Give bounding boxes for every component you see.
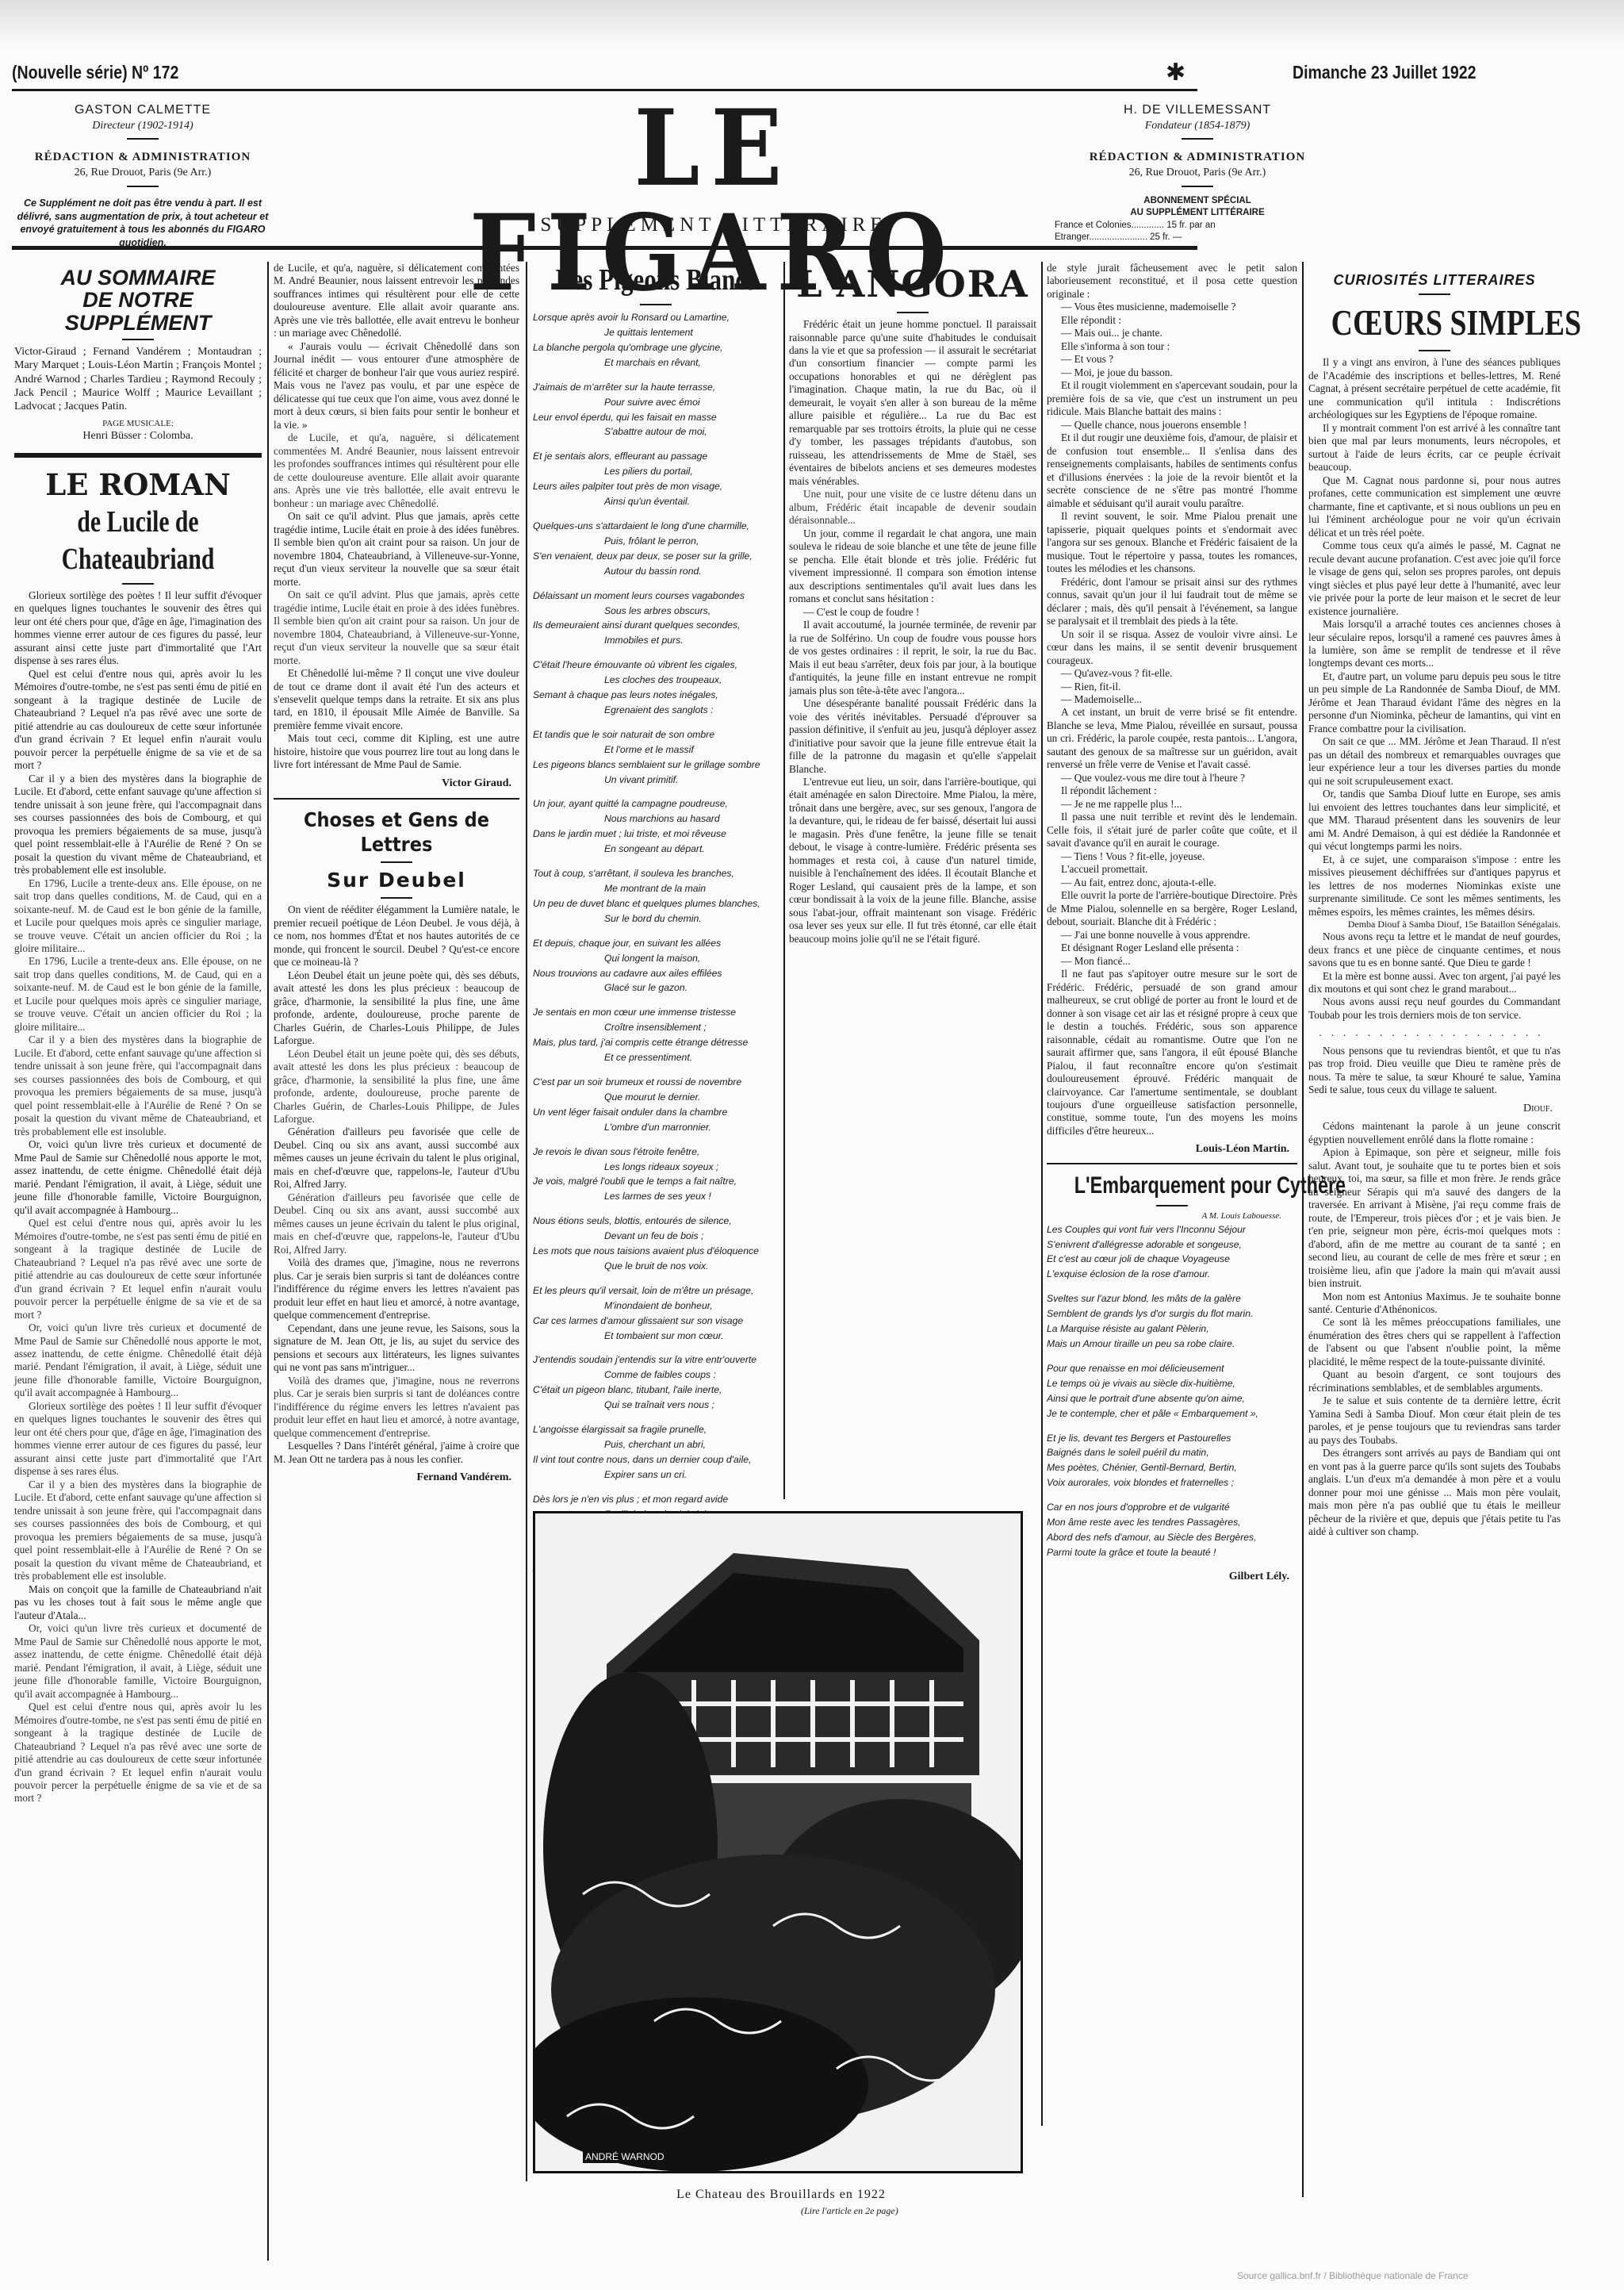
roman-paragraph: Mais on conçoit que la famille de Chatea… [14, 1583, 262, 1622]
header-left-box: GASTON CALMETTE Directeur (1902-1914) RÉ… [12, 102, 274, 250]
poem-line: Les piliers du portail, [533, 464, 779, 479]
header-right-box: H. DE VILLEMESSANT Fondateur (1854-1879)… [1055, 102, 1340, 244]
choses-paragraph: Voilà des drames que, j'imagine, nous ne… [274, 1375, 519, 1440]
poem-stanza: Tout à coup, s'arrêtant, il souleva les … [533, 866, 779, 926]
dialogue-line: Elle répondit : [1047, 314, 1297, 327]
poem-line: Ainsi que le portrait d'une absente qu'o… [1047, 1391, 1297, 1406]
poem-line: Un vivant primitif. [533, 773, 779, 788]
angora-paragraph: Il passa une nuit terrible et revint dès… [1047, 811, 1297, 850]
ornament-rule [381, 897, 412, 899]
poem-line: Ils demeuraient ainsi durant quelques se… [533, 618, 779, 633]
dialogue-line: — Mais oui... je chante. [1047, 327, 1297, 339]
column-divider [1041, 262, 1043, 2126]
top-rule [12, 89, 1197, 91]
column-3-pigeons: Les Pigeons Blancs Lorsque après avoir l… [533, 262, 779, 1649]
choses-paragraph: Léon Deubel était un jeune poète qui, dè… [274, 969, 519, 1048]
sommaire-authors: Victor-Giraud ; Fernand Vandérem ; Monta… [14, 345, 262, 414]
poem-line: Expirer sans un cri. [533, 1467, 779, 1483]
poem-line: C'est par un soir brumeux et roussi de n… [533, 1075, 779, 1090]
angora-paragraph: Un soir il se risqua. Assez de vouloir v… [1047, 628, 1297, 667]
poem-stanza: C'était l'heure émouvante où vibrent les… [533, 658, 779, 718]
roman-title-1: LE ROMAN [14, 467, 262, 504]
roman-paragraph: Or, voici qu'un livre très curieux et do… [14, 1622, 262, 1701]
poem-line: Un vent léger faisait onduler dans la ch… [533, 1105, 779, 1120]
dialogue-line: — Vous êtes musicienne, mademoiselle ? [1047, 301, 1297, 313]
poem-line: Je quittais lentement [533, 325, 779, 340]
poem-stanza: Sveltes sur l'azur blond, les mâts de la… [1047, 1291, 1297, 1352]
roman-paragraph: Quel est celui d'entre nous qui, après a… [14, 1701, 262, 1805]
poem-line: Nous étions seuls, blottis, entourés de … [533, 1214, 779, 1229]
angora-title: L'ANGORA [789, 262, 1036, 307]
roman-paragraph: Glorieux sortilège des poètes ! Il leur … [14, 1400, 262, 1479]
poem-line: La Marquise résiste au galant Pèlerin, [1047, 1321, 1297, 1337]
poem-line: L'angoisse élargissait sa fragile prunel… [533, 1422, 779, 1437]
ornament-rule [897, 312, 929, 313]
page-musicale: Henri Büsser : Colomba. [14, 429, 262, 443]
poem-line: Je revois le divan sous l'étroite fenêtr… [533, 1145, 779, 1160]
roman-paragraph: Car il y a bien des mystères dans la bio… [14, 1034, 262, 1138]
dialogue-line: — J'ai une bonne nouvelle à vous apprend… [1047, 929, 1297, 942]
director-name: GASTON CALMETTE [12, 102, 274, 119]
roman-continued: Et Chênedollé lui-même ? Il conçut une v… [274, 667, 519, 732]
angora-paragraph: Un jour, comme il regardait le chat ango… [789, 527, 1036, 606]
poem-line: Le temps où je vivais au siècle dix-huit… [1047, 1376, 1297, 1391]
poem-line: Et marchais en rêvant, [533, 355, 779, 370]
founder-name: H. DE VILLEMESSANT [1055, 102, 1340, 119]
angora-paragraph: Il avait accoutumé, la journée terminée,… [789, 619, 1036, 697]
redaction-label: RÉDACTION & ADMINISTRATION [12, 149, 274, 165]
angora-paragraph: A cet instant, un bruit de verre brisé s… [1047, 706, 1297, 771]
angora-paragraph: Et il dut rougir une deuxième fois, d'am… [1047, 432, 1297, 510]
dialogue-line: Il répondit lâchement : [1047, 784, 1297, 797]
poem-stanza: Car en nos jours d'opprobre et de vulgar… [1047, 1500, 1297, 1560]
angora-paragraph: Et il rougit violemment en s'apercevant … [1047, 379, 1297, 418]
coeurs-paragraph: Je te salue et suis contente de ta derni… [1308, 1394, 1561, 1447]
column-5-angora-continued: de style jurait fâcheusement avec le pet… [1047, 262, 1297, 1588]
poem-line: Lorsque après avoir lu Ronsard ou Lamart… [533, 310, 779, 325]
angora-paragraph: Elle ouvrit la porte de l'arrière-boutiq… [1047, 889, 1297, 928]
poem-line: Un peu de duvet blanc et quelques plumes… [533, 896, 779, 911]
column-2: de Lucile, et qu'a, naguère, si délicate… [274, 262, 519, 1489]
poem-line: Croître insensiblement ; [533, 1020, 779, 1035]
poem-line: S'abattre autour de moi, [533, 424, 779, 439]
poem-line: M'inondaient de bonheur, [533, 1298, 779, 1314]
sommaire-title-1: AU SOMMAIRE [14, 267, 262, 289]
poem-line: Glacé sur le gazon. [533, 980, 779, 995]
poem-line: Sous les arbres obscurs, [533, 604, 779, 619]
poem-line: Car en nos jours d'opprobre et de vulgar… [1047, 1500, 1297, 1515]
column-divider [526, 262, 527, 2181]
poem-stanza: Les Couples qui vont fuir vers l'Inconnu… [1047, 1222, 1297, 1283]
ornament-rule [640, 304, 672, 305]
poem-line: Et tombaient sur mon cœur. [533, 1329, 779, 1344]
ornament-rule [122, 583, 154, 585]
poem-line: Ainsi qu'un éventail. [533, 494, 779, 509]
poem-stanza: Lorsque après avoir lu Ronsard ou Lamart… [533, 310, 779, 370]
choses-subtitle: Sur Deubel [274, 868, 519, 892]
embarquement-dedication: A M. Louis Labouesse. [1047, 1211, 1281, 1222]
abonnement-subtitle: AU SUPPLÉMENT LITTÉRAIRE [1055, 207, 1340, 220]
choses-paragraph: Génération d'ailleurs peu favorisée que … [274, 1126, 519, 1191]
angora-paragraph: Frédéric était un jeune homme ponctuel. … [789, 318, 1036, 488]
poem-line: J'aimais de m'arrêter sur la haute terra… [533, 380, 779, 395]
poem-line: Pour que renaisse en moi délicieusement [1047, 1361, 1297, 1376]
ornament-rule [1419, 293, 1450, 295]
coeurs-paragraph: Cédons maintenant la parole à un jeune c… [1308, 1120, 1561, 1146]
poem-line: Parmi toute la grâce et toute la beauté … [1047, 1545, 1297, 1560]
coeurs-paragraph: Ce sont là les mêmes préoccupations fami… [1308, 1316, 1561, 1368]
poem-line: Il vint tout contre nous, dans un dernie… [533, 1452, 779, 1467]
letter-header: Demba Diouf à Samba Diouf, 15e Bataillon… [1308, 919, 1561, 930]
ornament-rule [1156, 1205, 1188, 1206]
letter-signature: Diouf. [1308, 1102, 1553, 1115]
poem-line: Nous marchions au hasard [533, 811, 779, 827]
poem-line: Abord des nefs d'amour, au Siècle des Be… [1047, 1530, 1297, 1545]
dialogue-line: — Au fait, entrez donc, ajouta-t-elle. [1047, 876, 1297, 889]
founder-role: Fondateur (1854-1879) [1055, 119, 1340, 134]
poem-line: Car ces larmes d'amour glissaient sur so… [533, 1314, 779, 1329]
coeurs-paragraph: Il y a vingt ans environ, à l'une des sé… [1308, 356, 1561, 421]
poem-line: Et je sentais alors, effleurant au passa… [533, 449, 779, 464]
pigeons-title: Les Pigeons Blancs [555, 262, 756, 299]
coeurs-paragraph: Comme tous ceux qu'a aimés le passé, M. … [1308, 539, 1561, 618]
choses-title: Choses et Gens de Lettres [286, 807, 507, 857]
roman-paragraph: Car il y a bien des mystères dans la bio… [14, 1479, 262, 1583]
poem-line: L'exquise éclosion de la rose d'amour. [1047, 1267, 1297, 1282]
poem-line: Baignés dans le soleil puéril du matin, [1047, 1445, 1297, 1460]
poem-line: Et c'est au cœur joli de chaque Voyageus… [1047, 1252, 1297, 1267]
dialogue-line: Elle s'informa à son tour : [1047, 340, 1297, 353]
poem-stanza: Et tandis que le soir naturait de son om… [533, 727, 779, 788]
poem-stanza: Quelques-uns s'attardaient le long d'une… [533, 519, 779, 579]
poem-line: Je sentais en mon cœur une immense trist… [533, 1005, 779, 1020]
poem-stanza: Pour que renaisse en moi délicieusementL… [1047, 1361, 1297, 1421]
poem-line: Mon âme reste avec les tendres Passagère… [1047, 1515, 1297, 1530]
star-ornament-icon: ✱ [1166, 59, 1185, 86]
poem-line: Et l'orme et le massif [533, 742, 779, 758]
choses-paragraph: Cependant, dans une jeune revue, les Sai… [274, 1322, 519, 1375]
letter-paragraph: Nous avons aussi reçu neuf gourdes du Co… [1308, 995, 1561, 1022]
roman-continued: de Lucile, et qu'a, naguère, si délicate… [274, 432, 519, 510]
roman-paragraph: Or, voici qu'un livre très curieux et do… [14, 1138, 262, 1217]
poem-line: Mais, plus tard, j'ai compris cette étra… [533, 1035, 779, 1050]
angora-paragraph: Et désignant Roger Lesland elle présenta… [1047, 942, 1297, 954]
choses-paragraph: On vient de rééditer élégamment la Lumiè… [274, 903, 519, 969]
poem-line: Quelques-uns s'attardaient le long d'une… [533, 519, 779, 534]
angora-paragraph: Il revint souvent, le soir. Mme Pialou p… [1047, 510, 1297, 575]
illustration-caption: Le Chateau des Brouillards en 1922 [523, 2188, 1039, 2202]
coeurs-paragraph: Des étrangers sont arrivés au pays de Ba… [1308, 1447, 1561, 1538]
embarquement-poem: Les Couples qui vont fuir vers l'Inconnu… [1047, 1222, 1297, 1560]
choses-paragraph: Lesquelles ? Dans l'intérêt général, j'a… [274, 1440, 519, 1466]
poem-line: Délaissant un moment leurs courses vagab… [533, 589, 779, 604]
poem-line: S'en venaient, deux par deux, se poser s… [533, 549, 779, 564]
roman-continued: « J'aurais voulu — écrivait Chênedollé d… [274, 340, 519, 432]
column-6-coeurs-simples: CURIOSITÉS LITTERAIRES CŒURS SIMPLES Il … [1308, 262, 1561, 1539]
column-divider [783, 262, 785, 1499]
angora-paragraph: — C'est le coup de foudre ! [789, 606, 1036, 619]
poem-line: Pour suivre avec émoi [533, 395, 779, 410]
ornament-rule [127, 138, 159, 140]
coeurs-paragraph: Que M. Cagnat nous pardonne si, pour nou… [1308, 474, 1561, 539]
roman-signature: Victor Giraud. [274, 777, 511, 790]
coeurs-paragraph: On sait ce que ... MM. Jérôme et Jean Th… [1308, 735, 1561, 788]
address: 26, Rue Drouot, Paris (9e Arr.) [12, 166, 274, 181]
poem-line: Les Couples qui vont fuir vers l'Inconnu… [1047, 1222, 1297, 1237]
poem-line: Autour du bassin rond. [533, 564, 779, 579]
ornament-rule [1182, 138, 1213, 140]
scan-top-margin [0, 0, 1624, 48]
poem-line: Dès lors je n'en vis plus ; et mon regar… [533, 1492, 779, 1507]
poem-line: Devant un feu de bois ; [533, 1229, 779, 1244]
roman-paragraph: En 1796, Lucile a trente-deux ans. Elle … [14, 955, 262, 1034]
section-rule [274, 798, 519, 800]
rate-etranger: Etranger....................... 25 fr. — [1055, 232, 1340, 244]
ornament-rule [127, 186, 159, 187]
letter-paragraph: Mon nom est Antonius Maximus. Je te souh… [1308, 1291, 1561, 1317]
roman-paragraph: En 1796, Lucile a trente-deux ans. Elle … [14, 877, 262, 956]
poem-line: J'entendis soudain j'entendis sur la vit… [533, 1352, 779, 1367]
poem-stanza: Délaissant un moment leurs courses vagab… [533, 589, 779, 649]
poem-stanza: J'entendis soudain j'entendis sur la vit… [533, 1352, 779, 1413]
roman-paragraph: Or, voici qu'un livre très curieux et do… [14, 1321, 262, 1400]
poem-line: Qui se traînait vers nous ; [533, 1398, 779, 1413]
poem-line: Puis, frôlant le perron, [533, 534, 779, 549]
poem-line: Leurs ailes palpiter tout près de mon vi… [533, 479, 779, 494]
issue-number: (Nouvelle série) Nº 172 [12, 62, 178, 83]
roman-paragraph: Quel est celui d'entre nous qui, après a… [14, 668, 262, 773]
poem-line: Et les pleurs qu'il versait, loin de m'ê… [533, 1283, 779, 1298]
letter-paragraph: Nous pensons que tu reviendras bientôt, … [1308, 1045, 1561, 1097]
poem-line: Et tandis que le soir naturait de son om… [533, 727, 779, 742]
dialogue-line: — Rien, fit-il. [1047, 681, 1297, 693]
roman-continued: Mais tout ceci, comme dit Kipling, est u… [274, 732, 519, 771]
poem-line: Immobiles et purs. [533, 633, 779, 648]
poem-line: Dans le jardin muet ; lui triste, et moi… [533, 827, 779, 842]
ornament-rule [1182, 186, 1213, 187]
poem-line: Et ce pressentiment. [533, 1050, 779, 1065]
header-bottom-rule [12, 246, 1197, 250]
section-rule [14, 453, 262, 458]
angora-paragraph: L'accueil promettait. [1047, 863, 1297, 876]
illustration-caption-note: (Lire l'article en 2e page) [801, 2205, 898, 2217]
coeurs-paragraph: Il y montrait comment l'on est arrivé à … [1308, 422, 1561, 474]
poem-line: Comme de faibles coups : [533, 1367, 779, 1383]
section-rule [1047, 1163, 1297, 1164]
poem-line: Les longs rideaux soyeux ; [533, 1160, 779, 1175]
address: 26, Rue Drouot, Paris (9e Arr.) [1055, 166, 1340, 181]
coeurs-title: CŒURS SIMPLES [1331, 300, 1538, 345]
rate-france: France et Colonies............. 15 fr. p… [1055, 220, 1340, 232]
director-role: Directeur (1902-1914) [12, 119, 274, 134]
coeurs-paragraph: Et, à ce sujet, une comparaison s'impose… [1308, 853, 1561, 919]
source-credit: Source gallica.bnf.fr / Bibliothèque nat… [1237, 2270, 1469, 2281]
dialogue-line: — Mon fiancé... [1047, 955, 1297, 968]
poem-line: Puis, cherchant un abri, [533, 1437, 779, 1452]
poem-line: Les cloches des troupeaux, [533, 673, 779, 688]
poem-stanza: Et je lis, devant tes Bergers et Pastour… [1047, 1431, 1297, 1491]
dialogue-line: — Qu'avez-vous ? fit-elle. [1047, 667, 1297, 680]
pigeons-poem: Lorsque après avoir lu Ronsard ou Lamart… [533, 310, 779, 1621]
poem-line: Que mourut le dernier. [533, 1090, 779, 1105]
angora-paragraph: Il ne faut pas s'apitoyer outre mesure s… [1047, 968, 1297, 1137]
redaction-label: RÉDACTION & ADMINISTRATION [1055, 149, 1340, 165]
poem-line: Je vois, malgré l'oubli que le temps a f… [533, 1174, 779, 1189]
column-divider [267, 262, 269, 2261]
roman-title-2: de Lucile de Chateaubriand [41, 504, 234, 578]
poem-stanza: Nous étions seuls, blottis, entourés de … [533, 1214, 779, 1274]
poem-line: Sveltes sur l'azur blond, les mâts de la… [1047, 1291, 1297, 1306]
letter-paragraph: Nous avons reçu ta lettre et le mandat d… [1308, 930, 1561, 969]
choses-paragraph: Voilà des drames que, j'imagine, nous ne… [274, 1256, 519, 1321]
poem-line: Les larmes de ses yeux ! [533, 1189, 779, 1204]
roman-continued: On sait ce qu'il advint. Plus que jamais… [274, 589, 519, 667]
poem-line: Voix aurorales, voix blondes et fraterne… [1047, 1475, 1297, 1490]
angora-paragraph: de style jurait fâcheusement avec le pet… [1047, 262, 1297, 301]
angora-signature: Louis-Léon Martin. [1047, 1142, 1289, 1156]
choses-signature: Fernand Vandérem. [274, 1471, 511, 1484]
roman-paragraph: Car il y a bien des mystères dans la bio… [14, 773, 262, 877]
letter-paragraph: Et la mère est bonne aussi. Avec ton arg… [1308, 970, 1561, 996]
angora-paragraph: Une désespérante banalité poussait Frédé… [789, 697, 1036, 776]
page-musicale-label: PAGE MUSICALE: [14, 419, 262, 430]
poem-line: Me montrant de la main [533, 881, 779, 896]
poem-line: Sur le bord du chemin. [533, 911, 779, 926]
poem-stanza: Un jour, ayant quitté la campagne poudre… [533, 796, 779, 857]
poem-line: C'était un pigeon blanc, titubant, l'ail… [533, 1383, 779, 1398]
poem-stanza: Je sentais en mon cœur une immense trist… [533, 1005, 779, 1065]
roman-paragraph: Quel est celui d'entre nous qui, après a… [14, 1217, 262, 1321]
chateau-illustration: ANDRÉ WARNOD [533, 1511, 1023, 2173]
poem-line: S'enivrent d'allégresse adorable et song… [1047, 1237, 1297, 1252]
poem-line: Semblent de grands lys d'or surgis du fl… [1047, 1306, 1297, 1321]
poem-stanza: Et depuis, chaque jour, en suivant les a… [533, 936, 779, 996]
ornament-rule [381, 861, 412, 863]
dialogue-line: — Je ne me rappelle plus !... [1047, 798, 1297, 811]
coeurs-kicker: CURIOSITÉS LITTERAIRES [1308, 271, 1561, 289]
coeurs-paragraph: Or, tandis que Samba Diouf lutte en Euro… [1308, 788, 1561, 853]
dialogue-line: — Et vous ? [1047, 353, 1297, 366]
ornament-rule [1419, 350, 1450, 351]
angora-paragraph: Une nuit, pour une visite de ce lustre d… [789, 488, 1036, 527]
poem-line: Les pigeons blancs semblaient sur le gri… [533, 758, 779, 773]
poem-line: Nous trouvions au cadavre aux ailes effi… [533, 966, 779, 981]
poem-line: Tout à coup, s'arrêtant, il souleva les … [533, 866, 779, 881]
poem-line: Je te contemple, cher et pâle « Embarque… [1047, 1406, 1297, 1421]
poem-stanza: C'est par un soir brumeux et roussi de n… [533, 1075, 779, 1135]
coeurs-paragraph: Quant au besoin d'argent, ce sont toujou… [1308, 1368, 1561, 1394]
poem-line: Leur envol éperdu, qui les faisait en ma… [533, 410, 779, 425]
letter-paragraph: Apion à Epimaque, son père et seigneur, … [1308, 1146, 1561, 1290]
abonnement-title: ABONNEMENT SPÉCIAL [1055, 195, 1340, 208]
poem-line: Semant à chaque pas leurs notes inégales… [533, 688, 779, 703]
poem-line: Mes poètes, Chénier, Gentil-Bernard, Ber… [1047, 1460, 1297, 1475]
poem-stanza: Je revois le divan sous l'étroite fenêtr… [533, 1145, 779, 1205]
poem-line: En songeant au départ. [533, 842, 779, 857]
column-4-angora: L'ANGORA Frédéric était un jeune homme p… [789, 262, 1036, 946]
choses-paragraph: Léon Deubel était un jeune poète qui, dè… [274, 1048, 519, 1126]
poem-stanza: Et je sentais alors, effleurant au passa… [533, 449, 779, 509]
house-drawing-icon [535, 1513, 1021, 2171]
sommaire-title-2: DE NOTRE SUPPLÉMENT [14, 289, 262, 334]
poem-stanza: Et les pleurs qu'il versait, loin de m'ê… [533, 1283, 779, 1344]
poem-line: Les mots que nous taisions avaient plus … [533, 1244, 779, 1259]
poem-line: Un jour, ayant quitté la campagne poudre… [533, 796, 779, 811]
ellipsis-line: ................... [1308, 1026, 1561, 1039]
poem-line: Et je lis, devant tes Bergers et Pastour… [1047, 1431, 1297, 1446]
supplement-note: Ce Supplément ne doit pas être vendu à p… [12, 197, 274, 251]
dialogue-line: — Que voulez-vous me dire tout à l'heure… [1047, 772, 1297, 784]
poem-stanza: J'aimais de m'arrêter sur la haute terra… [533, 380, 779, 440]
coeurs-paragraph: Mais lorsqu'il a arraché toutes ces anci… [1308, 618, 1561, 670]
dialogue-line: — Mademoiselle... [1047, 693, 1297, 706]
roman-paragraph: Glorieux sortilège des poètes ! Il leur … [14, 589, 262, 668]
poem-line: Et depuis, chaque jour, en suivant les a… [533, 936, 779, 951]
poem-line: Egrenaient des sanglots : [533, 703, 779, 718]
dialogue-line: — Moi, je joue du basson. [1047, 366, 1297, 379]
poem-stanza: L'angoisse élargissait sa fragile prunel… [533, 1422, 779, 1483]
angora-paragraph: Frédéric, dont l'amour se prisait ainsi … [1047, 576, 1297, 628]
poem-line: La blanche pergola qu'ombrage une glycin… [533, 340, 779, 355]
coeurs-paragraph: Et, d'autre part, un volume paru depuis … [1308, 670, 1561, 735]
illustration-signature: ANDRÉ WARNOD [583, 2150, 667, 2163]
poem-line: Qui longent la maison, [533, 951, 779, 966]
dialogue-line: — Quelle chance, nous jouerons ensemble … [1047, 419, 1297, 432]
roman-continued: de Lucile, et qu'a, naguère, si délicate… [274, 262, 519, 340]
poem-line: Que le bruit de nos voix. [533, 1259, 779, 1274]
poem-line: C'était l'heure émouvante où vibrent les… [533, 658, 779, 673]
column-divider [1302, 262, 1304, 2197]
angora-paragraph: L'entrevue eut lieu, un soir, dans l'arr… [789, 776, 1036, 946]
issue-date: Dimanche 23 Juillet 1922 [1293, 62, 1476, 83]
dialogue-line: — Tiens ! Vous ? fit-elle, joyeuse. [1047, 850, 1297, 863]
ornament-rule [122, 339, 154, 340]
choses-paragraph: Génération d'ailleurs peu favorisée que … [274, 1191, 519, 1256]
poem-line: L'ombre d'un marronnier. [533, 1120, 779, 1135]
poem-line: Mais un Amour tiraille un peu sa robe cl… [1047, 1337, 1297, 1352]
masthead-subtitle: SUPPLÉMENT LITTÉRAIRE [412, 214, 1015, 236]
embarquement-signature: Gilbert Lély. [1047, 1570, 1289, 1583]
roman-continued: On sait ce qu'il advint. Plus que jamais… [274, 510, 519, 589]
column-1: AU SOMMAIRE DE NOTRE SUPPLÉMENT Victor-G… [14, 262, 262, 1805]
embarquement-title: L'Embarquement pour Cythère [1074, 1171, 1270, 1200]
